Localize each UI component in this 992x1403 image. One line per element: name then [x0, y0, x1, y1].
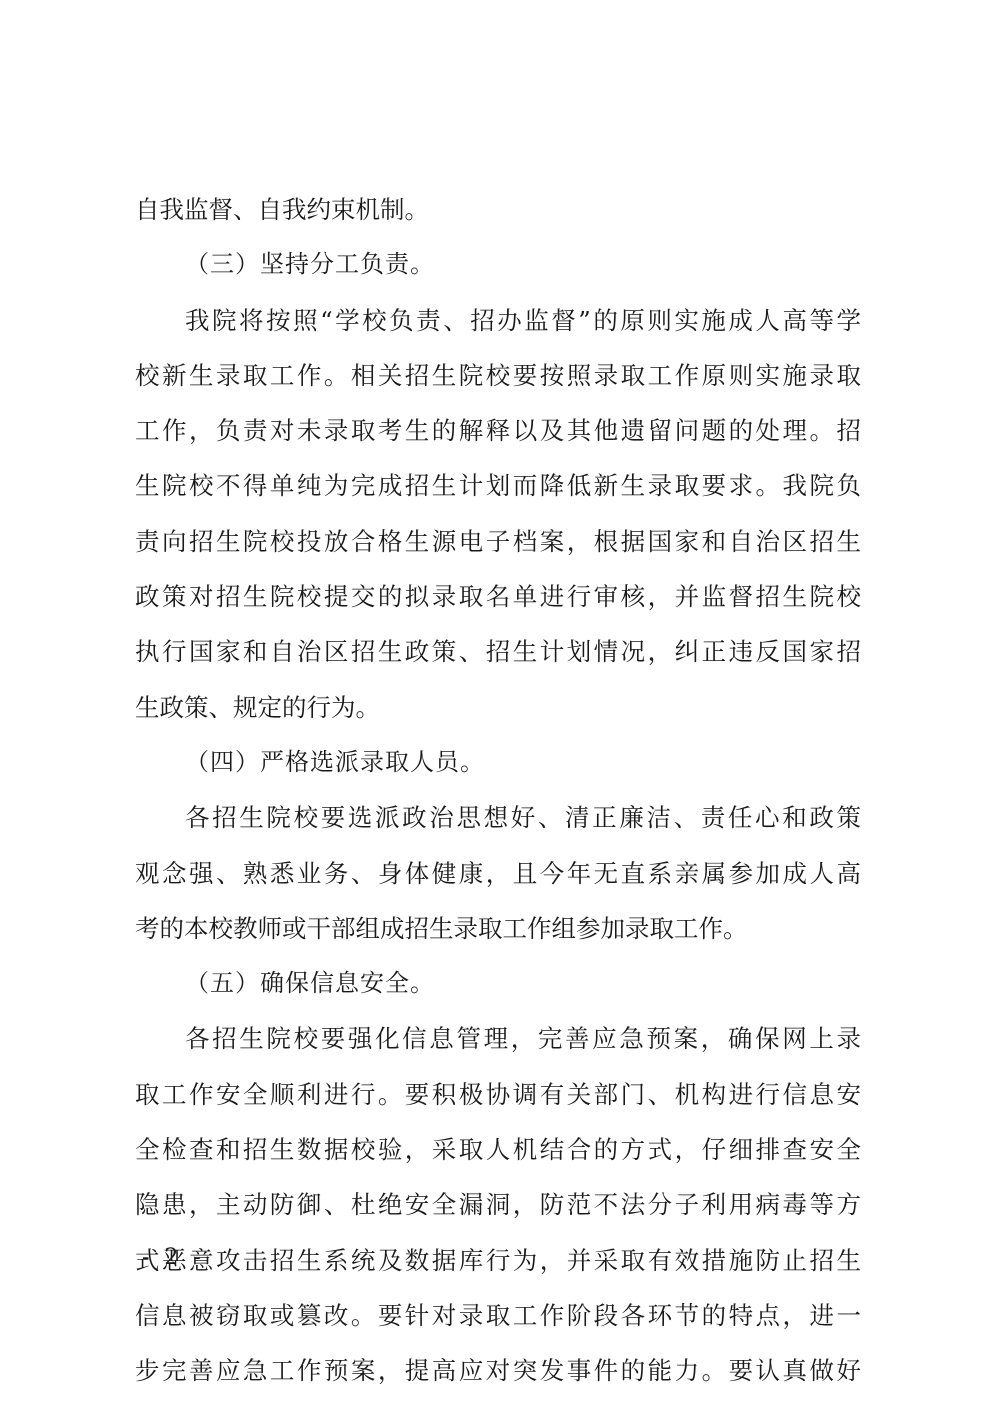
paragraph-line: 隐患，主动防御、杜绝安全漏洞，防范不法分子利用病毒等方	[135, 1177, 861, 1232]
paragraph-line: 自我监督、自我约束机制。	[135, 182, 861, 237]
section-heading-4: （四）严格选派录取人员。	[135, 735, 861, 790]
paragraph-line: 各招生院校要选派政治思想好、清正廉洁、责任心和政策	[135, 790, 861, 845]
paragraph-line: 各招生院校要强化信息管理，完善应急预案，确保网上录	[135, 1011, 861, 1066]
paragraph-line: 工作，负责对未录取考生的解释以及其他遗留问题的处理。招	[135, 403, 861, 458]
paragraph-line: 执行国家和自治区招生政策、招生计划情况，纠正违反国家招	[135, 624, 861, 679]
paragraph-line: 信息被窃取或篡改。要针对录取工作阶段各环节的特点，进一	[135, 1288, 861, 1343]
paragraph-line: 生政策、规定的行为。	[135, 680, 861, 735]
paragraph-line: 生院校不得单纯为完成招生计划而降低新生录取要求。我院负	[135, 458, 861, 513]
paragraph-line: 校新生录取工作。相关招生院校要按照录取工作原则实施录取	[135, 348, 861, 403]
paragraph-line: 式恶意攻击招生系统及数据库行为，并采取有效措施防止招生	[135, 1233, 861, 1288]
paragraph-line: 步完善应急工作预案，提高应对突发事件的能力。要认真做好	[135, 1343, 861, 1398]
paragraph-line: 取工作安全顺利进行。要积极协调有关部门、机构进行信息安	[135, 1067, 861, 1122]
document-page: 自我监督、自我约束机制。 （三）坚持分工负责。 我院将按照“学校负责、招办监督”…	[135, 182, 861, 1399]
paragraph-line: 责向招生院校投放合格生源电子档案，根据国家和自治区招生	[135, 514, 861, 569]
paragraph-line: 政策对招生院校提交的拟录取名单进行审核，并监督招生院校	[135, 569, 861, 624]
page-number: - 2 -	[142, 1245, 205, 1270]
paragraph-line: 考的本校教师或干部组成招生录取工作组参加录取工作。	[135, 901, 861, 956]
section-heading-3: （三）坚持分工负责。	[135, 237, 861, 292]
paragraph-line: 观念强、熟悉业务、身体健康，且今年无直系亲属参加成人高	[135, 846, 861, 901]
section-heading-5: （五）确保信息安全。	[135, 956, 861, 1011]
paragraph-line: 全检查和招生数据校验，采取人机结合的方式，仔细排查安全	[135, 1122, 861, 1177]
paragraph-line: 我院将按照“学校负责、招办监督”的原则实施成人高等学	[135, 293, 861, 348]
